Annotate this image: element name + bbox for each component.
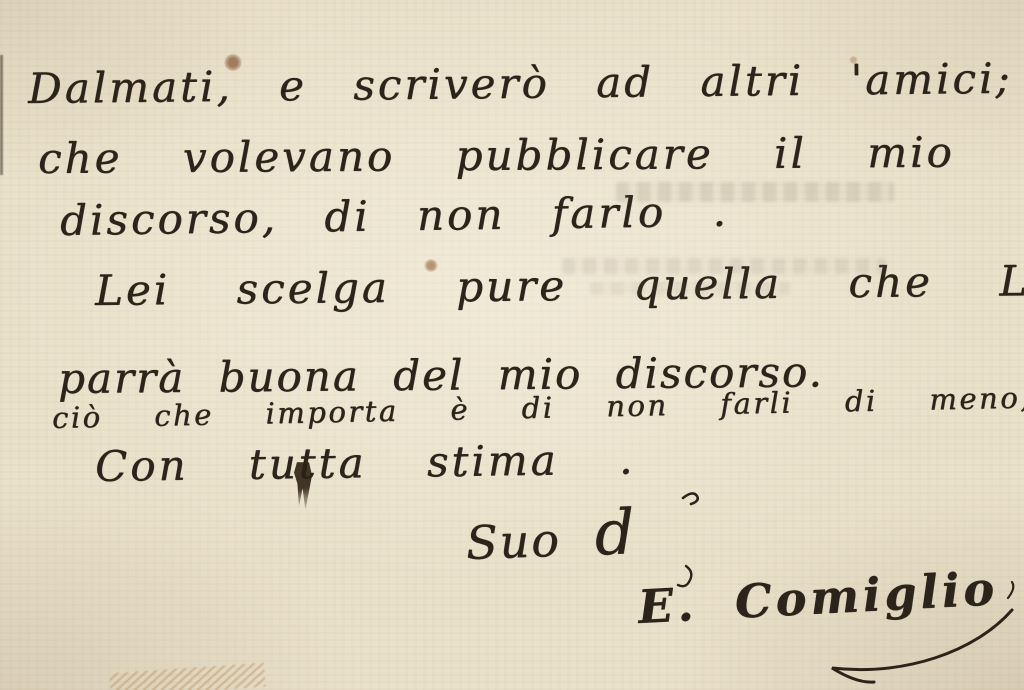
letter-page: Dalmati, e scriverò ad altri 'amici; che… (0, 0, 1024, 690)
handwritten-line-2: che volevano pubblicare il mio (38, 128, 955, 183)
handwritten-line-3: discorso, di non farlo . (60, 187, 729, 245)
signature: E. Comiglio (637, 561, 1000, 634)
valediction-initial: d (593, 495, 637, 569)
handwritten-line-1: Dalmati, e scriverò ad altri 'amici; (28, 54, 1013, 113)
paper-scuff (109, 663, 265, 690)
valediction-word: Suo (465, 513, 562, 570)
handwritten-line-7-closing: Con tutta stima . (95, 434, 636, 491)
handwritten-line-4: Lei scelga pure quella che Le (95, 256, 1024, 315)
scan-edge-shadow (0, 55, 3, 175)
valediction: Suod (465, 510, 637, 570)
